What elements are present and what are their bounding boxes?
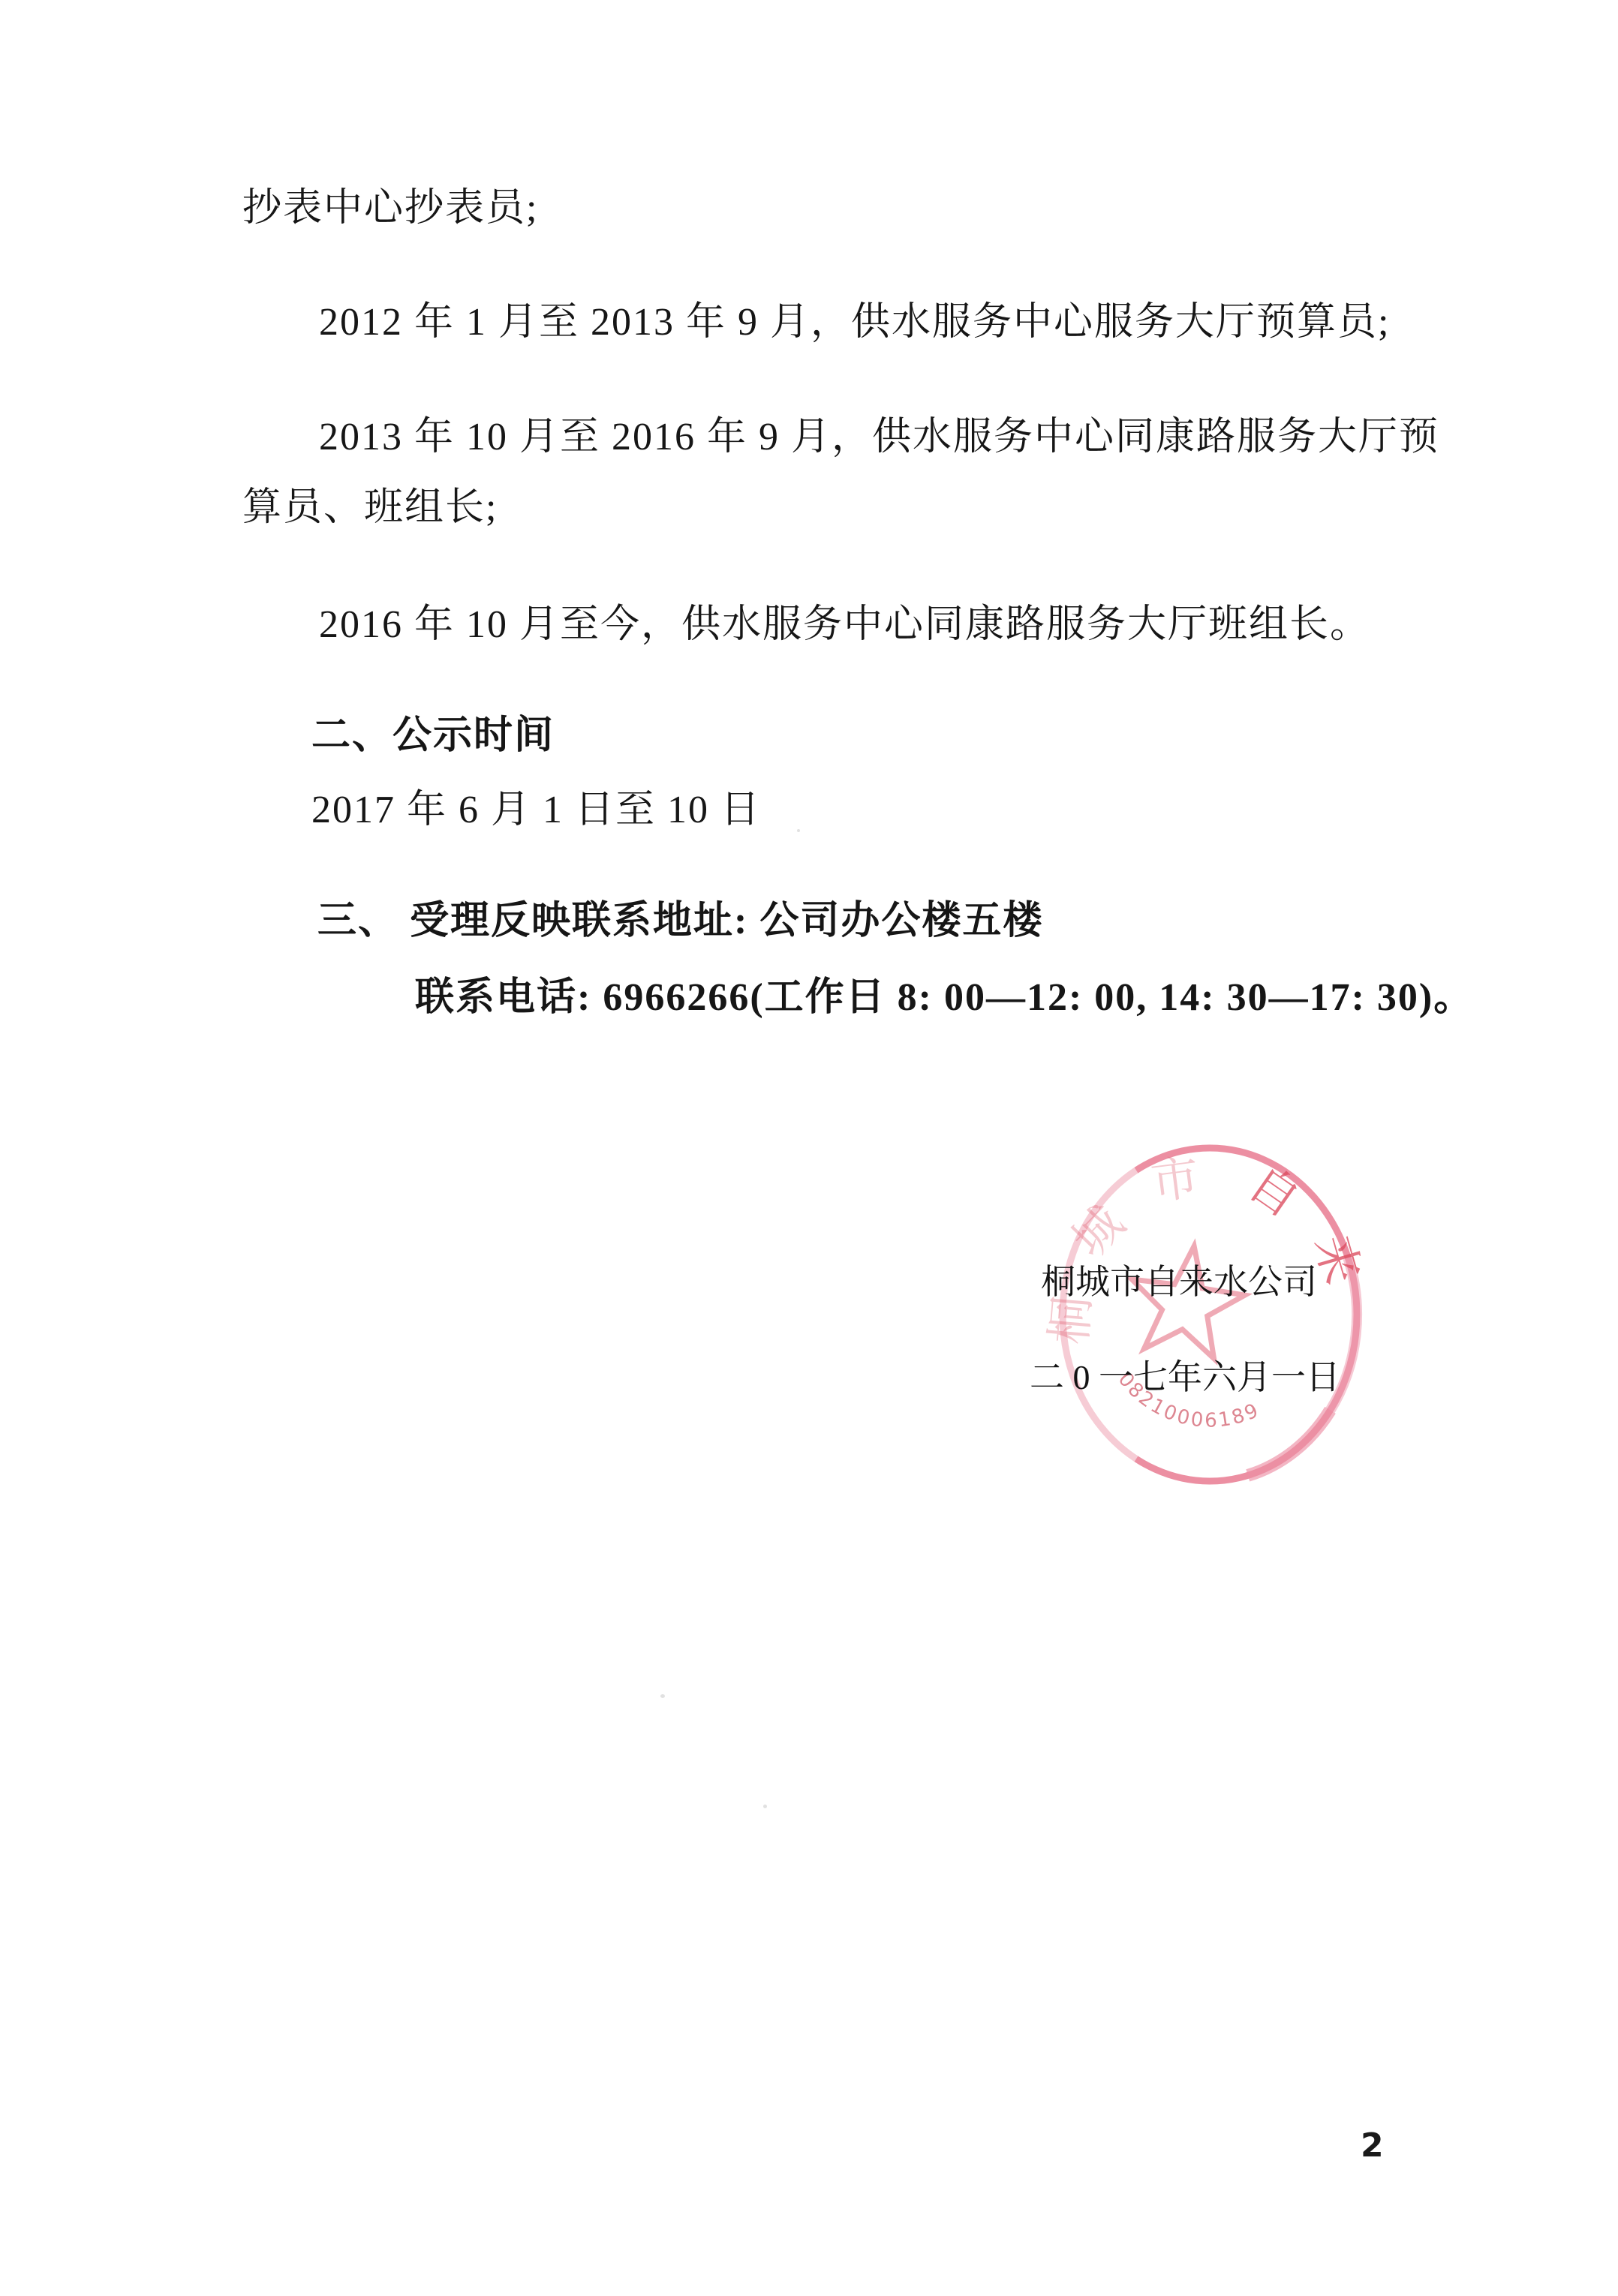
signature-date: 二 0 一七年六月一日 [1030,1357,1340,1398]
scan-speck [763,1805,767,1808]
section-heading-publicity-period: 二、公示时间 [311,714,555,759]
page-number: 2 [1361,2126,1384,2165]
body-line-1: 抄表中心抄表员; [242,186,538,231]
body-line-2: 2012 年 1 月至 2013 年 9 月，供水服务中心服务大厅预算员; [319,300,1390,345]
contact-phone-line: 联系电话: 6966266(工作日 8: 00—12: 00, 14: 30—1… [415,975,1474,1020]
official-seal: 桐城市 自来水公司 08210006189 [1036,1129,1373,1497]
scan-speck [797,829,800,832]
body-line-5: 2016 年 10 月至今，供水服务中心同康路服务大厅班组长。 [319,603,1370,648]
scanned-document-page: 抄表中心抄表员; 2012 年 1 月至 2013 年 9 月，供水服务中心服务… [0,0,1618,2296]
body-line-3: 2013 年 10 月至 2016 年 9 月，供水服务中心同康路服务大厅预 [319,415,1439,460]
body-line-4: 算员、班组长; [242,485,498,530]
signature-company: 桐城市自来水公司 [1041,1262,1317,1303]
scan-speck [660,1694,665,1698]
official-seal-graphic: 桐城市 自来水公司 08210006189 [1036,1129,1373,1497]
section-heading-contact-address: 三、 受理反映联系地址: 公司办公楼五楼 [317,899,1043,944]
publicity-period-dates: 2017 年 6 月 1 日至 10 日 [311,788,761,833]
